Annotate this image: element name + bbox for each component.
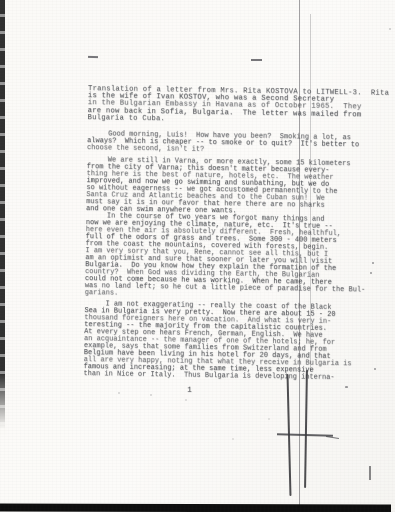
film-edge-fade — [0, 373, 7, 435]
page-number: 1 — [187, 387, 192, 395]
typewritten-text-block: Translation of a letter from Mrs. Rita K… — [83, 86, 395, 411]
paragraph-black-sea: I am not exaggerating -- really the coas… — [83, 301, 352, 382]
ink-speck — [268, 418, 270, 420]
ink-speck — [389, 28, 391, 30]
horizontal-scratch-hook — [326, 436, 339, 439]
paragraph-translator-note: Translation of a letter from Mrs. Rita K… — [87, 86, 389, 127]
paragraph-varna: We are still in Varna, or more exactly, … — [86, 157, 351, 217]
text-line: than in Nice or Italy. Thus Bulgaria is … — [83, 371, 351, 382]
right-margin-dash — [369, 466, 371, 480]
margin-dash-right — [251, 59, 262, 61]
film-edge-strip — [0, 0, 5, 433]
paragraph-greeting: Good morning, Luis! How have you been? S… — [87, 131, 359, 156]
scanned-letter-page: Translation of a letter from Mrs. Rita K… — [0, 0, 395, 512]
ink-speck — [232, 438, 234, 440]
exposure-bar-bottom — [0, 503, 391, 512]
margin-dash-left — [88, 56, 98, 58]
paragraph-bulgaria-legend: In the course of two years we forgot man… — [85, 213, 367, 301]
